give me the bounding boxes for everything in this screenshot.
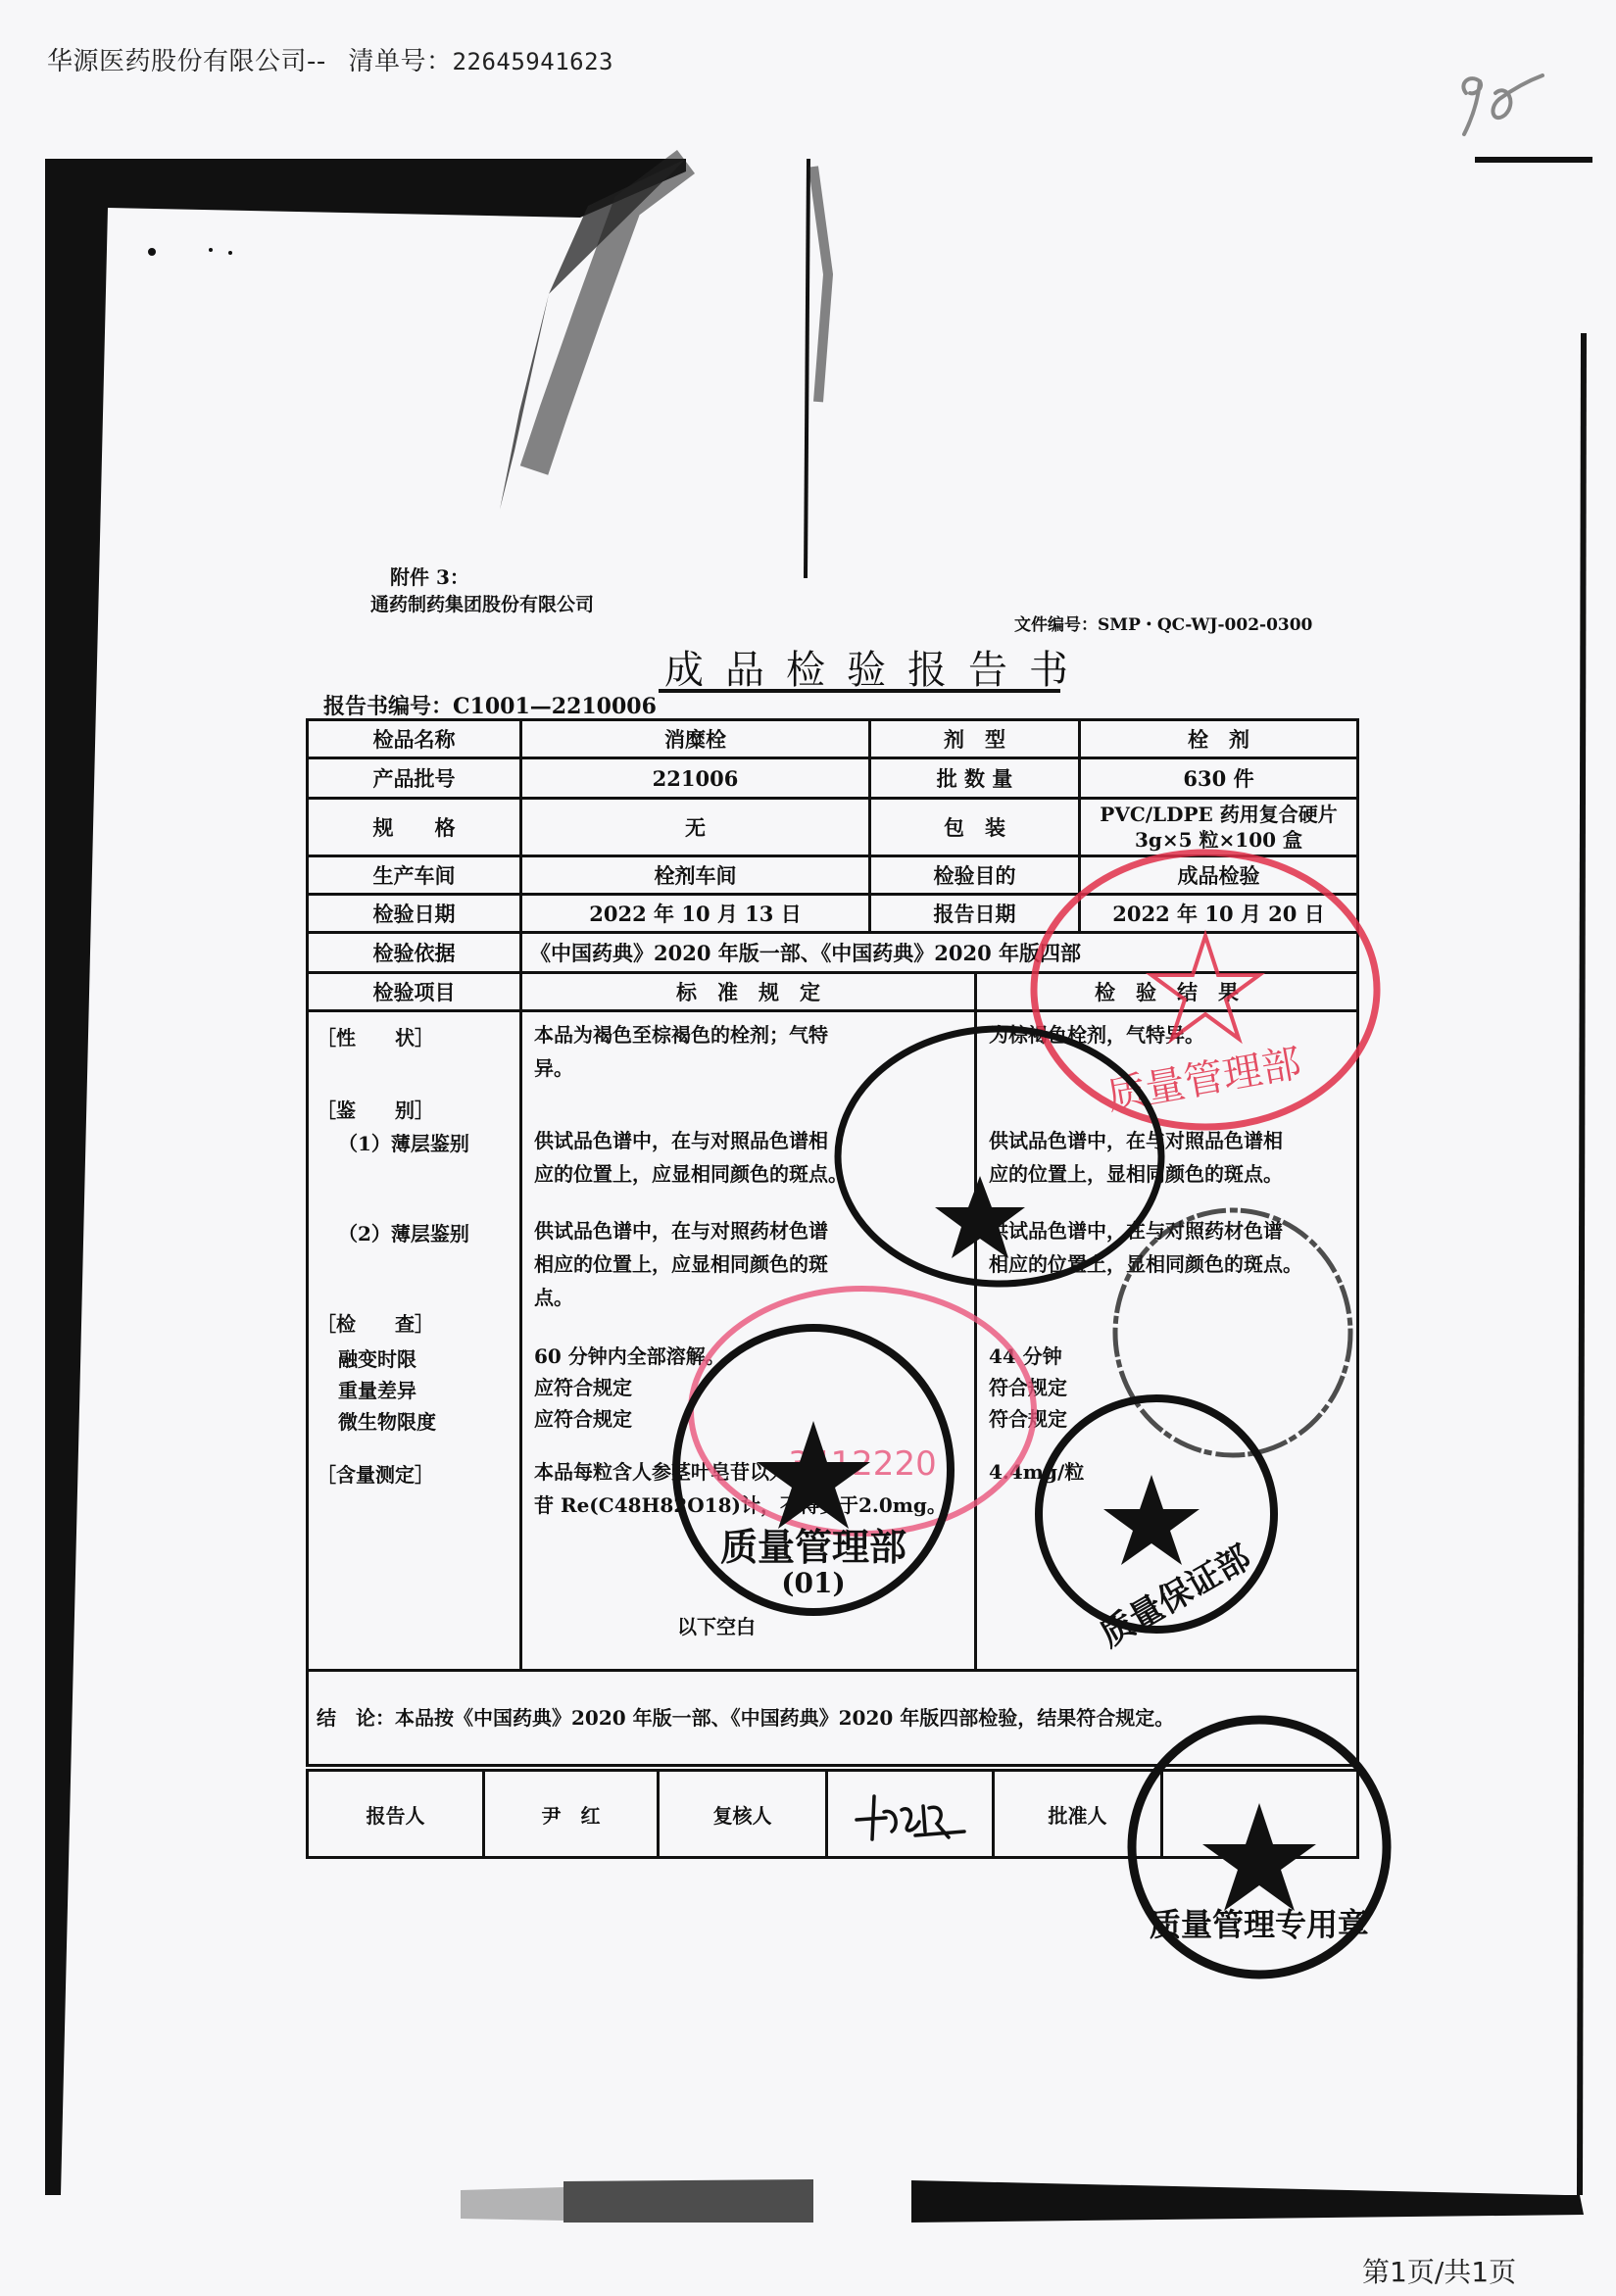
items-header-result: 检 验 结 果 (976, 973, 1358, 1011)
item-standard: 苷 Re(C48H82O18)计，不得少于2.0mg。 (534, 1489, 947, 1522)
file-number-label: 文件编号： (1014, 615, 1098, 635)
item-result: 应的位置上，显相同颜色的斑点。 (989, 1157, 1283, 1191)
report-date-label: 报告日期 (870, 895, 1080, 933)
workshop-label: 生产车间 (308, 856, 521, 895)
basis: 《中国药典》2020 年版一部、《中国药典》2020 年版四部 (521, 933, 1358, 973)
item-label: ［性 状］ (317, 1022, 434, 1050)
packaging-label: 包 装 (870, 799, 1080, 856)
row-spec: 规 格 无 包 装 PVC/LDPE 药用复合硬片 3g×5 粒×100 盒 (308, 799, 1358, 856)
batch-no-label: 产品批号 (308, 758, 521, 799)
report-title: 成品检验报告书 (664, 639, 1090, 695)
blank-note: 以下空白 (677, 1610, 756, 1643)
report-number-label: 报告书编号： (323, 694, 453, 719)
title-underline (659, 689, 1060, 693)
item-standard: 应符合规定 (534, 1371, 632, 1404)
item-standard: 本品每粒含人参茎叶皂苷以人参皂 (534, 1455, 828, 1489)
basis-label: 检验依据 (308, 933, 521, 973)
row-items-header: 检验项目 标 准 规 定 检 验 结 果 (308, 973, 1358, 1011)
dosage-form: 栓 剂 (1080, 720, 1358, 758)
item-standard: 本品为褐色至棕褐色的栓剂；气特 (534, 1018, 828, 1051)
item-label: 微生物限度 (338, 1406, 436, 1435)
item-standard: 异。 (534, 1051, 573, 1085)
item-standard: 点。 (534, 1281, 573, 1314)
batch-qty-label: 批 数 量 (870, 758, 1080, 799)
items-results: 为棕褐色栓剂，气特异。供试品色谱中，在与对照品色谱相应的位置上，显相同颜色的斑点… (976, 1011, 1358, 1671)
item-result: 符合规定 (989, 1371, 1067, 1404)
item-standard: 60 分钟内全部溶解。 (534, 1340, 725, 1373)
row-batch: 产品批号 221006 批 数 量 630 件 (308, 758, 1358, 799)
report-table: 检品名称 消糜栓 剂 型 栓 剂 产品批号 221006 批 数 量 630 件… (306, 718, 1359, 1767)
packaging-line-2: 3g×5 粒×100 盒 (1089, 827, 1348, 853)
report-date: 2022 年 10 月 20 日 (1080, 895, 1358, 933)
items-header-standard: 标 准 规 定 (521, 973, 976, 1011)
dosage-form-label: 剂 型 (870, 720, 1080, 758)
workshop: 栓剂车间 (521, 856, 870, 895)
packaging-line-1: PVC/LDPE 药用复合硬片 (1089, 802, 1348, 827)
report-number-value: C1001—2210006 (453, 694, 657, 719)
item-label: ［鉴 别］ (317, 1095, 434, 1123)
conclusion-text: 本品按《中国药典》2020 年版一部、《中国药典》2020 年版四部检验，结果符… (395, 1706, 1174, 1730)
approver-label: 批准人 (994, 1771, 1162, 1858)
items-header-item: 检验项目 (308, 973, 521, 1011)
reviewer-label: 复核人 (659, 1771, 827, 1858)
reporter: 尹 红 (484, 1771, 659, 1858)
report-number: 报告书编号：C1001—2210006 (323, 690, 657, 720)
row-basis: 检验依据 《中国药典》2020 年版一部、《中国药典》2020 年版四部 (308, 933, 1358, 973)
item-result: 供试品色谱中，在与对照药材色谱 (989, 1214, 1283, 1247)
attachment-label: 附件 3： (390, 562, 469, 590)
file-number: 文件编号：SMP・QC-WJ-002-0300 (1014, 611, 1312, 635)
spec-label: 规 格 (308, 799, 521, 856)
item-standard: 应符合规定 (534, 1402, 632, 1436)
item-label: 重量差异 (338, 1375, 416, 1403)
packaging: PVC/LDPE 药用复合硬片 3g×5 粒×100 盒 (1080, 799, 1358, 856)
conclusion: 结 论：本品按《中国药典》2020 年版一部、《中国药典》2020 年版四部检验… (308, 1671, 1358, 1766)
item-label: （1）薄层鉴别 (338, 1128, 469, 1156)
items-labels: ［性 状］［鉴 别］（1）薄层鉴别（2）薄层鉴别［检 查］融变时限重量差异微生物… (308, 1011, 521, 1671)
item-standard: 供试品色谱中，在与对照药材色谱 (534, 1214, 828, 1247)
item-result: 4.4mg/粒 (989, 1455, 1084, 1489)
item-result: 供试品色谱中，在与对照品色谱相 (989, 1124, 1283, 1157)
row-signatures: 报告人 尹 红 复核人 批准人 (308, 1771, 1358, 1858)
page-indicator: 第1页/共1页 (1362, 2251, 1516, 2290)
item-standard: 相应的位置上，应显相同颜色的斑 (534, 1247, 828, 1281)
approver (1162, 1771, 1358, 1858)
purpose-label: 检验目的 (870, 856, 1080, 895)
test-date-label: 检验日期 (308, 895, 521, 933)
item-result: 为棕褐色栓剂，气特异。 (989, 1018, 1204, 1051)
row-workshop: 生产车间 栓剂车间 检验目的 成品检验 (308, 856, 1358, 895)
row-items: ［性 状］［鉴 别］（1）薄层鉴别（2）薄层鉴别［检 查］融变时限重量差异微生物… (308, 1011, 1358, 1671)
item-label: 融变时限 (338, 1343, 416, 1372)
product-name-label: 检品名称 (308, 720, 521, 758)
signature-table: 报告人 尹 红 复核人 批准人 (306, 1769, 1359, 1859)
batch-qty: 630 件 (1080, 758, 1358, 799)
row-product-name: 检品名称 消糜栓 剂 型 栓 剂 (308, 720, 1358, 758)
item-result: 44 分钟 (989, 1340, 1062, 1373)
spec: 无 (521, 799, 870, 856)
handwritten-signature-icon (847, 1783, 974, 1841)
item-label: （2）薄层鉴别 (338, 1218, 469, 1246)
test-date: 2022 年 10 月 13 日 (521, 895, 870, 933)
items-standards: 本品为褐色至棕褐色的栓剂；气特异。供试品色谱中，在与对照品色谱相应的位置上，应显… (521, 1011, 976, 1671)
item-standard: 供试品色谱中，在与对照品色谱相 (534, 1124, 828, 1157)
item-result: 相应的位置上，显相同颜色的斑点。 (989, 1247, 1302, 1281)
product-name: 消糜栓 (521, 720, 870, 758)
file-number-value: SMP・QC-WJ-002-0300 (1098, 615, 1312, 635)
row-conclusion: 结 论：本品按《中国药典》2020 年版一部、《中国药典》2020 年版四部检验… (308, 1671, 1358, 1766)
batch-no: 221006 (521, 758, 870, 799)
item-result: 符合规定 (989, 1402, 1067, 1436)
issuer-name: 通药制药集团股份有限公司 (370, 590, 594, 616)
inspection-report: 附件 3： 通药制药集团股份有限公司 文件编号：SMP・QC-WJ-002-03… (0, 0, 1616, 2296)
reviewer-signature (827, 1771, 994, 1858)
item-standard: 应的位置上，应显相同颜色的斑点。 (534, 1157, 848, 1191)
item-label: ［含量测定］ (317, 1459, 434, 1488)
conclusion-label: 结 论： (317, 1706, 395, 1730)
purpose: 成品检验 (1080, 856, 1358, 895)
row-dates: 检验日期 2022 年 10 月 13 日 报告日期 2022 年 10 月 2… (308, 895, 1358, 933)
item-label: ［检 查］ (317, 1308, 434, 1337)
reporter-label: 报告人 (308, 1771, 484, 1858)
